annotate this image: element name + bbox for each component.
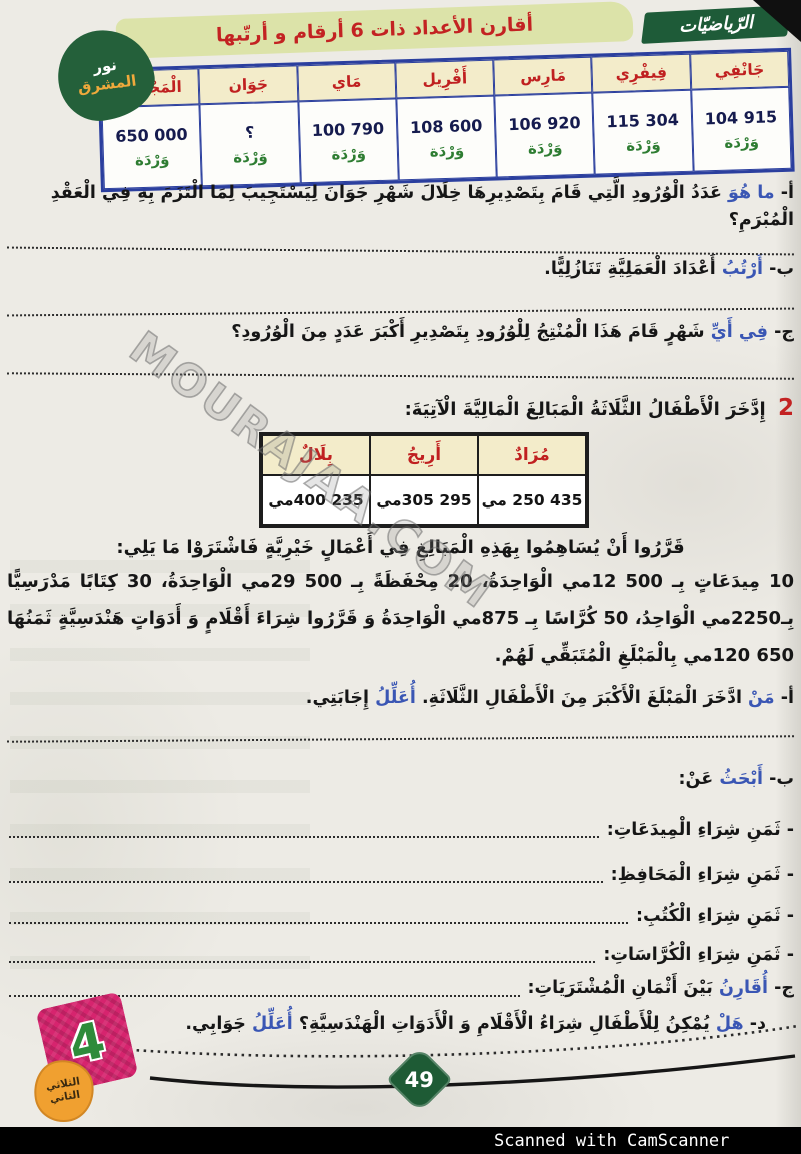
exercise2-intro: إِدَّخَرَ الْأَطْفَالُ الثَّلَاثَةُ الْم… <box>405 399 766 420</box>
question-text: عَدَدُ الْوُرُودِ الَّتِي قَامَ بِتَصْدِ… <box>51 183 794 230</box>
roses-table-value-cell: 108 600 وَرْدَة <box>396 96 497 181</box>
question-label: ج- <box>774 975 794 1002</box>
exercise1-question-c: ج- فِي أَيِّ شَهْرٍ قَامَ هَذَا الْمُنْت… <box>7 319 794 346</box>
find-item-row: - ثَمَنِ شِرَاءِ الْكُتُبِ: <box>7 903 794 930</box>
roses-count: 106 920 <box>508 113 581 134</box>
find-item-row: - ثَمَنِ شِرَاءِ الْمِيدَعَاتِ: <box>7 817 794 844</box>
savings-table: مُرَادٌ أَرِيجُ بِلَالٌ 250 435 مي 305 2… <box>259 432 589 528</box>
question-label: ب- <box>769 769 794 789</box>
question-text: إِجَابَتِي. <box>306 688 369 708</box>
scanner-credit: Scanned with CamScanner <box>494 1131 729 1151</box>
answer-line <box>9 834 599 838</box>
answer-line <box>7 362 794 379</box>
find-item-label: - ثَمَنِ شِرَاءِ الْكُتُبِ: <box>636 903 794 930</box>
savings-amount-cell: 305 295مي <box>370 475 478 525</box>
roses-unit: وَرْدَة <box>233 147 268 166</box>
find-item-label: - ثَمَنِ شِرَاءِ الْمِيدَعَاتِ: <box>607 817 794 844</box>
answer-line <box>9 920 628 924</box>
question-keyword: ما هُوَ <box>728 183 775 203</box>
question-label: أ- <box>781 183 794 203</box>
roses-table-value-cell: 100 790 وَرْدَة <box>298 98 399 183</box>
answer-line <box>9 959 595 963</box>
roses-table: جَانْفِي فِيفْرِي مَارِس أَفْرِيل مَاي ج… <box>97 48 794 193</box>
question-label: ج- <box>774 322 794 342</box>
question-keyword: أُعَلِّلُ <box>375 688 416 708</box>
roses-count-unknown: ؟ <box>245 122 255 141</box>
question-label: ب- <box>769 259 794 279</box>
answer-line <box>9 879 603 883</box>
savings-amount-cell: 400 235مي <box>262 475 370 525</box>
publisher-name-line2: المشرق <box>77 71 138 96</box>
roses-unit: وَرْدَة <box>626 135 661 154</box>
roses-count: 104 915 <box>704 107 777 128</box>
find-item-row: - ثَمَنِ شِرَاءِ الْكُرَّاسَاتِ: <box>7 942 794 969</box>
roses-table-value-cell: ؟ وَرْدَة <box>200 101 301 186</box>
exercise2-question-c: ج- أُقَارِنُ بَيْنَ أَثْمَانِ الْمُشْتَر… <box>7 975 794 1002</box>
roses-table-month-header: جَوَان <box>199 65 298 104</box>
question-text: ادَّخَرَ الْمَبْلَغَ الْأَكْبَرَ مِنَ ال… <box>422 688 742 708</box>
subject-badge-label: الرّياضيّات <box>678 12 753 37</box>
find-item-label: - ثَمَنِ شِرَاءِ الْمَحَافِظِ: <box>611 862 794 889</box>
question-text: جَوَابِي. <box>185 1014 246 1034</box>
question-keyword: هَلْ <box>716 1014 744 1034</box>
roses-table-month-header: مَارِس <box>493 57 592 96</box>
exercise-number: 2 <box>778 395 794 421</box>
question-label: د- <box>750 1014 766 1034</box>
lesson-title: أقارن الأعداد ذات 6 أرقام و أرتّبها <box>216 13 534 46</box>
scan-corner-fold <box>753 0 801 42</box>
question-keyword: مَنْ <box>748 688 775 708</box>
savings-table-name-header: بِلَالٌ <box>262 435 370 475</box>
answer-line <box>7 237 794 256</box>
roses-count: 108 600 <box>410 115 483 136</box>
roses-table-month-header: أَفْرِيل <box>395 60 494 99</box>
exercise2-heading: 2 إِدَّخَرَ الْأَطْفَالُ الثَّلَاثَةُ ال… <box>7 389 794 428</box>
roses-table-month-header: فِيفْرِي <box>592 54 691 93</box>
roses-unit: وَرْدَة <box>429 141 464 160</box>
footer-rule-line <box>150 1056 795 1087</box>
question-keyword: أُعَلِّلُ <box>252 1014 293 1034</box>
roses-table-value-cell: 106 920 وَرْدَة <box>494 93 595 178</box>
roses-table-month-header: مَاي <box>297 62 396 101</box>
roses-count: 115 304 <box>606 110 679 131</box>
roses-table-month-header: جَانْفِي <box>690 51 789 90</box>
lesson-title-banner: أقارن الأعداد ذات 6 أرقام و أرتّبها <box>115 1 633 59</box>
question-keyword: فِي أَيِّ <box>711 322 768 342</box>
savings-table-name-header: مُرَادٌ <box>478 435 586 475</box>
exercise2-purchases-paragraph: 10 مِيدَعَاتٍ بِـ 12 500مي الْوَاحِدَةُ،… <box>7 564 794 675</box>
page-number: 49 <box>405 1068 434 1092</box>
roses-table-value-cell: 104 915 وَرْدَة <box>691 87 792 172</box>
question-text: شَهْرٍ قَامَ هَذَا الْمُنْتِجُ لِلْوُرُو… <box>231 322 704 342</box>
roses-count: 650 000 <box>115 124 188 145</box>
roses-unit: وَرْدَة <box>528 138 563 157</box>
exercise2-decision-line: قَرَّرُوا أَنْ يُسَاهِمُوا بِهَذِهِ الْم… <box>7 532 794 564</box>
exercise2-question-b: ب- أَبْحَثُ عَنْ: <box>7 766 794 793</box>
question-keyword: أُقَارِنُ <box>719 975 768 1002</box>
question-text: أَعْدَادَ الْعَمَلِيَّةِ تَنَازُلِيًّا. <box>544 259 716 279</box>
roses-unit: وَرْدَة <box>331 144 366 163</box>
answer-line <box>9 993 520 997</box>
roses-table-value-cell: 115 304 وَرْدَة <box>593 90 694 175</box>
roses-count: 100 790 <box>311 118 384 139</box>
question-label: أ- <box>781 688 794 708</box>
question-keyword: أَبْحَثُ <box>719 769 763 789</box>
question-keyword: أَرْتُبُ <box>722 259 763 279</box>
scanned-worksheet-page: الرّياضيّات أقارن الأعداد ذات 6 أرقام و … <box>0 0 801 1154</box>
answer-line <box>7 725 794 742</box>
roses-unit: وَرْدَة <box>724 132 759 151</box>
question-text: عَنْ: <box>679 769 714 789</box>
scanner-bar: Scanned with CamScanner <box>0 1127 801 1154</box>
roses-unit: وَرْدَة <box>135 150 170 169</box>
find-item-row: - ثَمَنِ شِرَاءِ الْمَحَافِظِ: <box>7 862 794 889</box>
exercises-content: أ- ما هُوَ عَدَدُ الْوُرُودِ الَّتِي قَا… <box>7 180 794 1038</box>
savings-table-name-header: أَرِيجُ <box>370 435 478 475</box>
exercise1-question-a: أ- ما هُوَ عَدَدُ الْوُرُودِ الَّتِي قَا… <box>7 180 794 234</box>
savings-amount-cell: 250 435 مي <box>478 475 586 525</box>
question-text: يُمْكِنُ لِلْأَطْفَالِ شِرَاءُ الْأَقْلَ… <box>299 1014 710 1034</box>
find-item-label: - ثَمَنِ شِرَاءِ الْكُرَّاسَاتِ: <box>603 942 794 969</box>
exercise1-question-b: ب- أَرْتُبُ أَعْدَادَ الْعَمَلِيَّةِ تَن… <box>7 256 794 283</box>
question-text: بَيْنَ أَثْمَانِ الْمُشْتَرَيَاتِ: <box>528 975 713 1002</box>
answer-line <box>7 298 794 317</box>
exercise2-question-a: أ- مَنْ ادَّخَرَ الْمَبْلَغَ الْأَكْبَرَ… <box>7 685 794 712</box>
